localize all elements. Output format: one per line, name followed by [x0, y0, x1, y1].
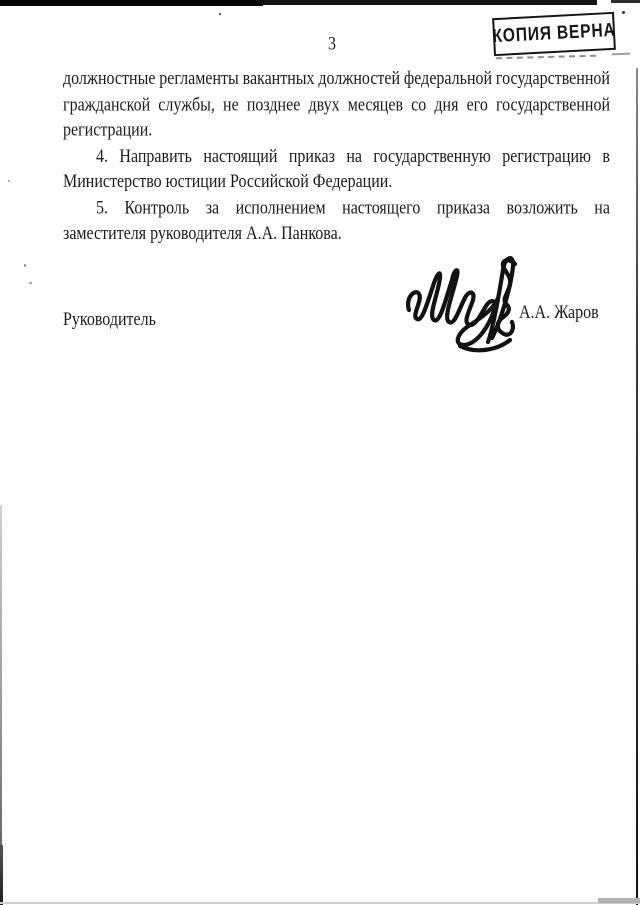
scan-edge-right [636, 68, 638, 905]
page-number: 3 [328, 35, 336, 54]
signatory-title: Руководитель [63, 308, 156, 331]
body-line: Министерство юстиции Российской Федераци… [63, 169, 610, 195]
scan-speck [29, 282, 32, 284]
stamp-ghost-line-short [612, 53, 630, 56]
scan-smudge-bottom-right [598, 898, 640, 903]
signature-image [396, 250, 521, 358]
document-page: КОПИЯ ВЕРНА 3 должностныерегламентывакан… [0, 0, 640, 905]
scan-speck [622, 11, 625, 14]
body-line: 4.Направитьнастоящийприказнагосударствен… [63, 143, 610, 169]
scan-edge-top-right [611, 0, 640, 3]
scan-edge-top-thick [0, 0, 263, 6]
body-line: заместителя руководителя А.А. Панкова. [63, 221, 610, 247]
order-body-text: должностныерегламентывакантныхдолжностей… [63, 66, 610, 247]
scan-edge-top [0, 0, 597, 5]
scan-speck [24, 264, 26, 267]
scan-edge-left-dark [0, 845, 3, 905]
stamp-label: КОПИЯ ВЕРНА [492, 20, 616, 48]
signatory-name: А.А. Жаров [519, 301, 599, 324]
body-line: гражданскойслужбы,непозднеедвухмесяцевсо… [63, 92, 610, 118]
stamp-ghost-line [496, 55, 596, 60]
scan-edge-bottom [0, 902, 640, 904]
scan-speck [219, 13, 221, 15]
copy-certified-stamp: КОПИЯ ВЕРНА [492, 12, 616, 56]
scan-edge-left [0, 505, 2, 845]
body-line: 5.Контрользаисполнениемнастоящегоприказа… [63, 195, 610, 221]
scan-speck [8, 180, 10, 182]
body-line: регистрации. [63, 118, 610, 144]
body-line: должностныерегламентывакантныхдолжностей… [63, 66, 610, 92]
